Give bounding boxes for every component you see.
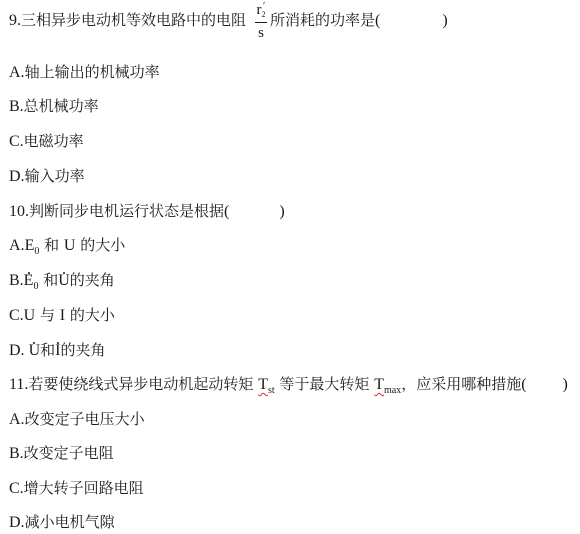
- question-text: 等于最大转矩: [275, 375, 375, 393]
- option-10a[interactable]: A.E0 和 U 的大小: [9, 235, 125, 258]
- option-text: 总机械功率: [24, 97, 99, 115]
- option-10b[interactable]: B.E0 和U的夹角: [9, 270, 115, 293]
- answer-paren-close: ): [279, 203, 284, 220]
- voltage-phasor-symbol: U: [58, 271, 70, 291]
- option-letter: A.: [9, 237, 25, 254]
- option-letter: B.: [9, 272, 24, 289]
- option-9c[interactable]: C.电磁功率: [9, 131, 84, 152]
- question-11-stem: 11.若要使绕线式异步电动机起动转矩 Tst 等于最大转矩 Tmax，应采用哪种…: [9, 374, 568, 397]
- option-text: 改变定子电阻: [24, 444, 114, 462]
- answer-paren-close: ): [563, 376, 568, 393]
- question-text: 所消耗的功率是: [270, 11, 375, 29]
- question-number: 11.: [9, 376, 28, 393]
- option-letter: B.: [9, 98, 24, 115]
- option-text: 改变定子电压大小: [25, 410, 145, 428]
- answer-paren-open: (: [224, 203, 229, 220]
- option-letter: C.: [9, 133, 24, 150]
- option-10d[interactable]: D.U和I的夹角: [9, 340, 105, 361]
- question-text: 若要使绕线式异步电动机起动转矩: [28, 375, 258, 393]
- option-text: 增大转子回路电阻: [24, 479, 144, 497]
- fraction-r2-over-s: r2′ s: [255, 2, 267, 41]
- voltage-symbol: U: [64, 237, 76, 254]
- answer-paren-close: ): [442, 12, 447, 29]
- option-text: 轴上输出的机械功率: [25, 63, 160, 81]
- option-letter: C.: [9, 480, 24, 497]
- option-letter: A.: [9, 64, 25, 81]
- option-letter: D.: [9, 342, 25, 359]
- fraction-bar: [255, 22, 267, 23]
- option-letter: D.: [9, 514, 25, 531]
- option-text: 电磁功率: [24, 132, 84, 150]
- fraction-denominator: s: [255, 25, 267, 41]
- option-9b[interactable]: B.总机械功率: [9, 96, 99, 117]
- question-number: 10.: [9, 203, 29, 220]
- question-10-stem: 10.判断同步电机运行状态是根据(): [9, 201, 285, 222]
- question-text: ，应采用哪种措施: [401, 375, 521, 393]
- option-text: 减小电机气隙: [25, 513, 115, 531]
- voltage-phasor-symbol: U: [29, 341, 41, 361]
- emf-symbol: E: [25, 237, 35, 254]
- option-9d[interactable]: D.输入功率: [9, 166, 85, 187]
- current-phasor-symbol: I: [55, 341, 60, 361]
- voltage-symbol: U: [24, 307, 36, 324]
- option-11c[interactable]: C.增大转子回路电阻: [9, 478, 144, 499]
- option-letter: B.: [9, 445, 24, 462]
- max-torque-symbol: Tmax: [374, 375, 401, 393]
- option-11d[interactable]: D.减小电机气隙: [9, 512, 115, 533]
- emf-phasor-symbol: E: [24, 271, 34, 291]
- question-number: 9.: [9, 12, 21, 29]
- answer-paren-open: (: [375, 12, 380, 29]
- question-9-stem: 9.三相异步电动机等效电路中的电阻所消耗的功率是(): [9, 10, 448, 31]
- starting-torque-symbol: Tst: [258, 375, 274, 393]
- option-letter: C.: [9, 307, 24, 324]
- option-11a[interactable]: A.改变定子电压大小: [9, 409, 145, 430]
- option-11b[interactable]: B.改变定子电阻: [9, 443, 114, 464]
- option-10c[interactable]: C.U 与 I 的大小: [9, 305, 115, 326]
- option-letter: A.: [9, 411, 25, 428]
- answer-paren-open: (: [521, 376, 526, 393]
- option-letter: D.: [9, 168, 25, 185]
- fraction-numerator: r2′: [255, 2, 267, 20]
- option-9a[interactable]: A.轴上输出的机械功率: [9, 62, 160, 83]
- question-text: 判断同步电机运行状态是根据: [29, 202, 224, 220]
- question-text: 三相异步电动机等效电路中的电阻: [21, 11, 246, 29]
- option-text: 输入功率: [25, 167, 85, 185]
